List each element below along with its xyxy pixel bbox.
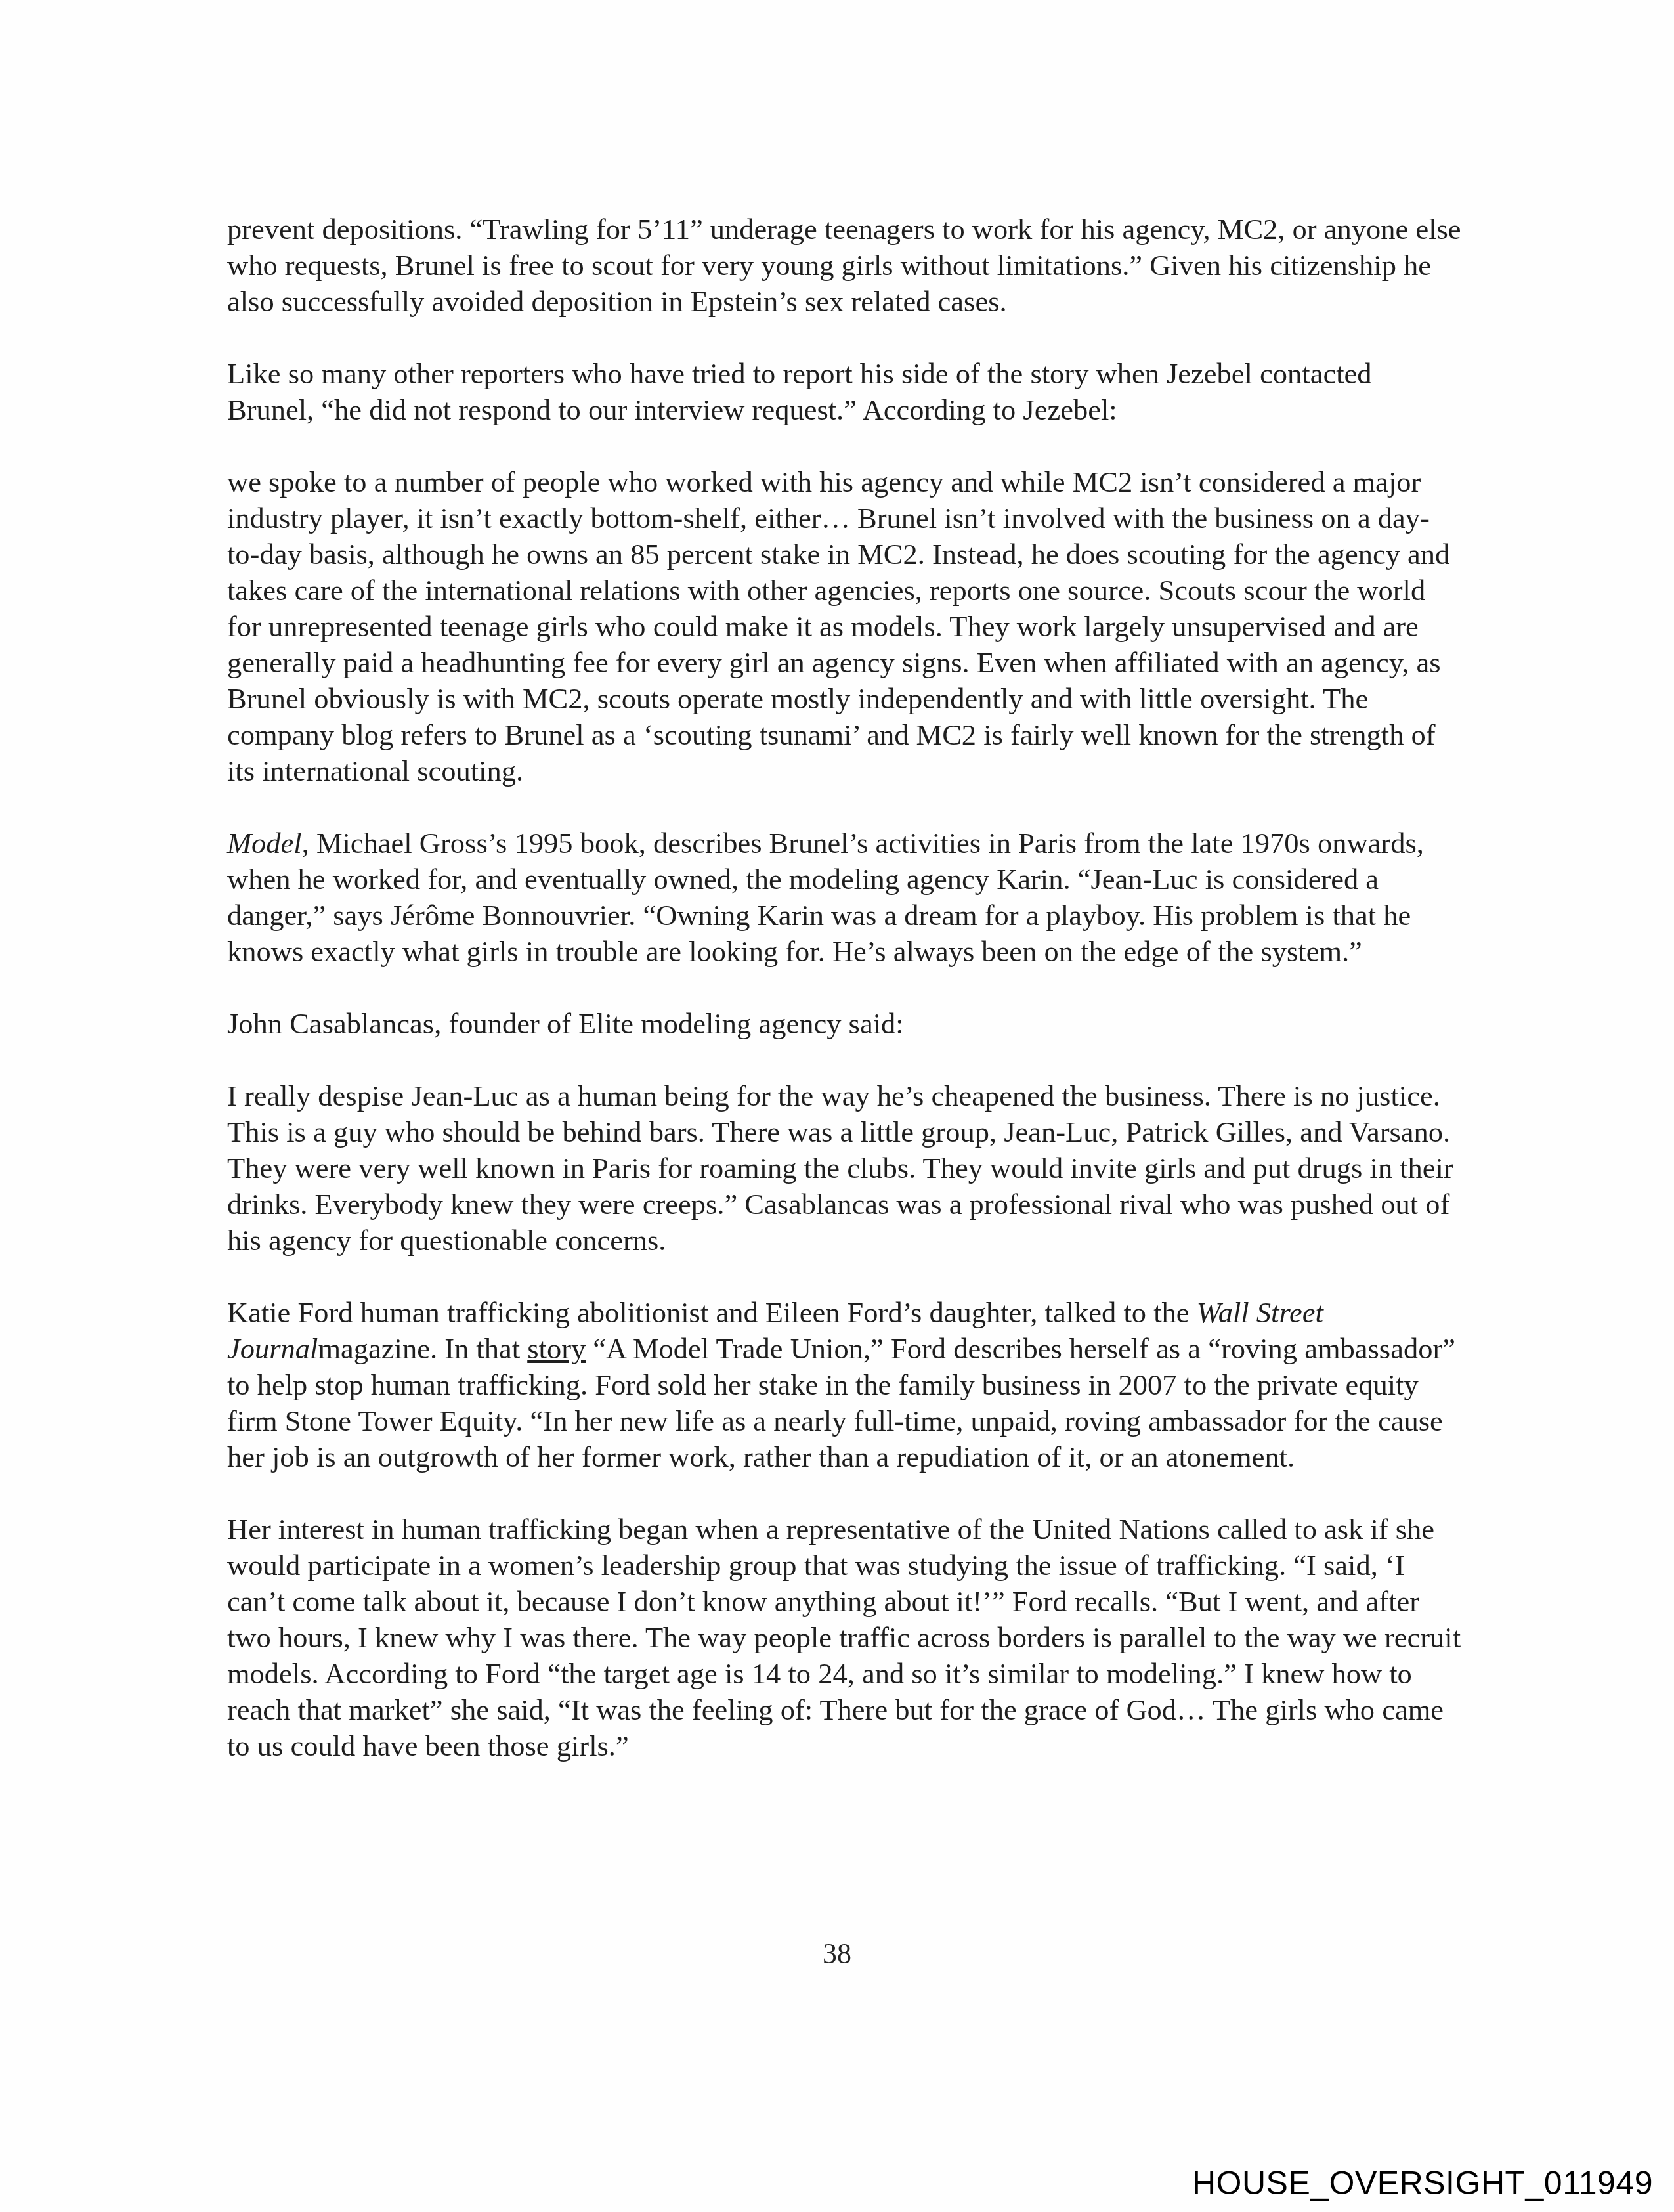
bates-number: HOUSE_OVERSIGHT_011949 (1192, 2164, 1653, 2202)
paragraph-trafficking-interest: Her interest in human trafficking began … (227, 1511, 1461, 1764)
paragraph-jezebel-intro: Like so many other reporters who have tr… (227, 356, 1461, 428)
book-title-italic: Model (227, 827, 302, 859)
paragraph-casablancas-quote: I really despise Jean-Luc as a human bei… (227, 1078, 1461, 1259)
document-page: prevent depositions. “Trawling for 5’11”… (0, 0, 1674, 2212)
paragraph-katie-ford-text-b: magazine. In that (318, 1332, 527, 1365)
paragraph-model-book: Model, Michael Gross’s 1995 book, descri… (227, 825, 1461, 970)
paragraph-katie-ford-text-a: Katie Ford human trafficking abolitionis… (227, 1296, 1197, 1329)
paragraph-jezebel-quote: we spoke to a number of people who worke… (227, 464, 1461, 789)
page-number: 38 (0, 1937, 1674, 1970)
paragraph-casablancas-intro: John Casablancas, founder of Elite model… (227, 1006, 1461, 1042)
document-body: prevent depositions. “Trawling for 5’11”… (227, 211, 1461, 1800)
paragraph-katie-ford: Katie Ford human trafficking abolitionis… (227, 1295, 1461, 1475)
paragraph-depositions: prevent depositions. “Trawling for 5’11”… (227, 211, 1461, 320)
paragraph-model-book-text: , Michael Gross’s 1995 book, describes B… (227, 827, 1424, 968)
story-link[interactable]: story (527, 1332, 586, 1365)
